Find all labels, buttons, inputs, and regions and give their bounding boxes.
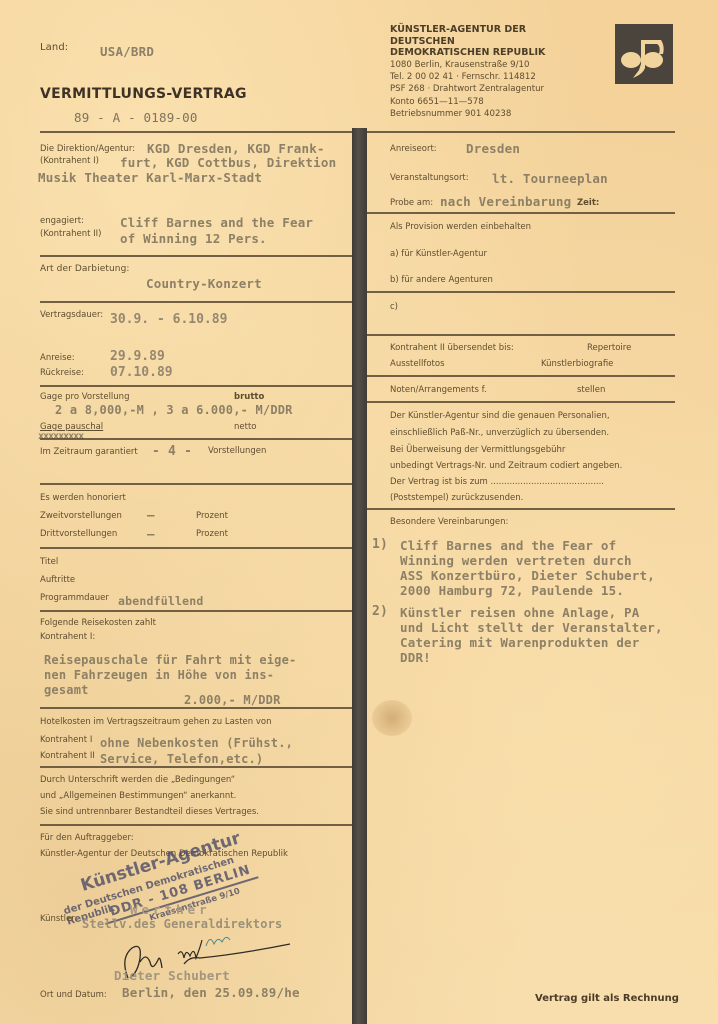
personalien-line6: (Poststempel) zurückzusenden. <box>390 493 523 503</box>
agency-betriebsnummer: Betriebsnummer 901 40238 <box>390 108 545 120</box>
biografie-label: Künstlerbiografie <box>541 359 613 369</box>
divider <box>367 212 675 214</box>
music-note-logo-icon <box>615 24 673 84</box>
agency-name-line3: DEMOKRATISCHEN REPUBLIK <box>390 47 545 59</box>
agency-konto: Konto 6651—11—578 <box>390 96 545 108</box>
programmdauer-value: abendfüllend <box>118 594 203 608</box>
reisekosten-line2: nen Fahrzeugen in Höhe von ins- <box>44 668 274 682</box>
anreiseort-value: Dresden <box>466 141 520 156</box>
divider <box>40 255 352 257</box>
hotel-line2: Service, Telefon,etc.) <box>100 752 263 766</box>
vorstellungen-label: Vorstellungen <box>208 446 266 456</box>
personalien-line1: Der Künstler-Agentur sind die genauen Pe… <box>390 411 610 421</box>
reisekosten-line3: gesamt <box>44 683 89 697</box>
divider <box>40 301 352 303</box>
netto-label: netto <box>234 422 256 432</box>
divider <box>367 334 675 336</box>
kontrahent1-label: (Kontrahent I) <box>40 156 99 166</box>
divider <box>367 508 675 510</box>
divider <box>367 401 675 403</box>
bedingungen-line1: Durch Unterschrift werden die „Bedingung… <box>40 775 235 785</box>
provision-a: a) für Künstler-Agentur <box>390 249 487 259</box>
reisekosten-kontrahent: Kontrahent I: <box>40 632 95 642</box>
divider <box>40 547 352 549</box>
divider <box>40 438 352 440</box>
divider <box>40 707 352 709</box>
kontrahent2-label: (Kontrahent II) <box>40 229 101 239</box>
contract-number: 89 - A - 0189-00 <box>74 110 198 125</box>
dritt-label: Drittvorstellungen <box>40 529 117 539</box>
veranstaltungsort-label: Veranstaltungsort: <box>390 173 469 183</box>
ausstellfotos-label: Ausstellfotos <box>390 359 445 369</box>
provision-label: Als Provision werden einbehalten <box>390 222 531 232</box>
agreement-1-number: 1) <box>372 537 388 552</box>
brutto-label: brutto <box>234 392 264 402</box>
besondere-label: Besondere Vereinbarungen: <box>390 517 508 527</box>
hotel-kontrahent1: Kontrahent I <box>40 735 92 745</box>
hotel-line1: ohne Nebenkosten (Frühst., <box>100 736 293 750</box>
provision-b: b) für andere Agenturen <box>390 275 493 285</box>
hotel-kontrahent2: Kontrahent II <box>40 751 95 761</box>
zeit-label: Zeit: <box>577 198 599 208</box>
direktion-label: Die Direktion/Agentur: <box>40 144 135 154</box>
land-value: USA/BRD <box>100 44 154 59</box>
divider <box>40 385 352 387</box>
agency-phone: Tel. 2 00 02 41 · Fernschr. 114812 <box>390 71 545 83</box>
direktion-line1: KGD Dresden, KGD Frank- <box>147 141 325 156</box>
divider <box>367 375 675 377</box>
personalien-line4: unbedingt Vertrags-Nr. und Zeitraum codi… <box>390 461 622 471</box>
agreement-2: Künstler reisen ohne Anlage, PA und Lich… <box>400 605 663 665</box>
vertragsdauer-value: 30.9. - 6.10.89 <box>110 312 227 327</box>
engagiert-line2: of Winning 12 Pers. <box>120 231 267 246</box>
agreement-1-line: Cliff Barnes and the Fear of <box>400 538 655 553</box>
reisekosten-amount: 2.000,- M/DDR <box>184 693 281 707</box>
divider <box>40 766 352 768</box>
dritt-value: — <box>147 526 155 541</box>
agreement-1: Cliff Barnes and the Fear of Winning wer… <box>400 538 655 598</box>
reisekosten-line1: Reisepauschale für Fahrt mit eige- <box>44 653 296 667</box>
dritt-prozent-label: Prozent <box>196 529 228 539</box>
programmdauer-label: Programmdauer <box>40 593 109 603</box>
anreise-value: 29.9.89 <box>110 349 165 364</box>
uebersendet-label: Kontrahent II übersendet bis: <box>390 343 514 353</box>
personalien-line2: einschließlich Paß-Nr., unverzüglich zu … <box>390 428 609 438</box>
agreement-2-line: Catering mit Warenprodukten der <box>400 635 663 650</box>
titel-label: Titel <box>40 557 58 567</box>
probe-value: nach Vereinbarung <box>440 194 571 209</box>
divider <box>40 610 352 612</box>
divider <box>40 483 352 485</box>
kuenstler-label: Künstler: <box>40 914 78 924</box>
direktion-line2: furt, KGD Cottbus, Direktion <box>120 155 336 170</box>
zweit-value: — <box>147 507 155 522</box>
zweit-label: Zweitvorstellungen <box>40 511 122 521</box>
darbietung-label: Art der Darbietung: <box>40 264 130 274</box>
personalien-line5: Der Vertrag ist bis zum ................… <box>390 477 604 487</box>
engagiert-line1: Cliff Barnes and the Fear <box>120 215 313 230</box>
agreement-1-line: ASS Konzertbüro, Dieter Schubert, <box>400 568 655 583</box>
agreement-2-line: Künstler reisen ohne Anlage, PA <box>400 605 663 620</box>
signatory-name: Dieter Schubert <box>114 968 230 983</box>
footer-note: Vertrag gilt als Rechnung <box>535 993 679 1004</box>
reisekosten-label: Folgende Reisekosten zahlt <box>40 618 156 628</box>
darbietung-value: Country-Konzert <box>146 276 262 291</box>
stellen-label: stellen <box>577 385 605 395</box>
ort-datum-value: Berlin, den 25.09.89/he <box>122 985 300 1000</box>
ort-datum-label: Ort und Datum: <box>40 990 107 1000</box>
vertragsdauer-label: Vertragsdauer: <box>40 310 103 320</box>
divider <box>367 291 675 293</box>
anreise-label: Anreise: <box>40 353 75 363</box>
garantiert-value: - 4 - <box>152 444 192 459</box>
paper-stain <box>372 700 412 736</box>
veranstaltungsort-value: lt. Tourneeplan <box>492 171 608 186</box>
hotel-label: Hotelkosten im Vertragszeitraum gehen zu… <box>40 717 271 727</box>
noten-label: Noten/Arrangements f. <box>390 385 487 395</box>
zweit-prozent-label: Prozent <box>196 511 228 521</box>
personalien-line3: Bei Überweisung der Vermittlungsgebühr <box>390 445 565 455</box>
direktion-line3: Musik Theater Karl-Marx-Stadt <box>38 170 262 185</box>
gage-label: Gage pro Vorstellung <box>40 392 129 402</box>
agreement-2-line: und Licht stellt der Veranstalter, <box>400 620 663 635</box>
rueckreise-label: Rückreise: <box>40 368 84 378</box>
anreiseort-label: Anreiseort: <box>390 144 437 154</box>
honoriert-label: Es werden honoriert <box>40 493 126 503</box>
garantiert-label: Im Zeitraum garantiert <box>40 447 138 457</box>
divider <box>40 131 352 133</box>
gage-pauschal-value: xxxxxxxxx <box>38 431 83 442</box>
gage-value: 2 a 8,000,-M , 3 a 6.000,- M/DDR <box>55 403 293 417</box>
agreement-2-line: DDR! <box>400 650 663 665</box>
agreement-1-line: Winning werden vertreten durch <box>400 553 655 568</box>
auftritte-label: Auftritte <box>40 575 75 585</box>
agreement-1-line: 2000 Hamburg 72, Paulende 15. <box>400 583 655 598</box>
agency-address: 1080 Berlin, Krausenstraße 9/10 <box>390 59 545 71</box>
divider <box>367 131 675 133</box>
agency-psf: PSF 268 · Drahtwort Zentralagentur <box>390 83 545 95</box>
probe-label: Probe am: <box>390 198 433 208</box>
repertoire-label: Repertoire <box>587 343 631 353</box>
agency-name-line1: KÜNSTLER-AGENTUR DER <box>390 24 545 36</box>
rueckreise-value: 07.10.89 <box>110 365 173 380</box>
agency-block: KÜNSTLER-AGENTUR DER DEUTSCHEN DEMOKRATI… <box>390 24 545 121</box>
signatory-line1: Werther <box>130 902 211 917</box>
agency-name-line2: DEUTSCHEN <box>390 36 545 48</box>
engagiert-label: engagiert: <box>40 216 84 226</box>
contract-document: Land: USA/BRD VERMITTLUNGS-VERTRAG 89 - … <box>0 0 718 1024</box>
provision-c: c) <box>390 302 398 312</box>
center-column-band <box>352 128 367 1024</box>
agreement-2-number: 2) <box>372 604 388 619</box>
document-title: VERMITTLUNGS-VERTRAG <box>40 86 247 102</box>
land-label: Land: <box>40 42 68 53</box>
